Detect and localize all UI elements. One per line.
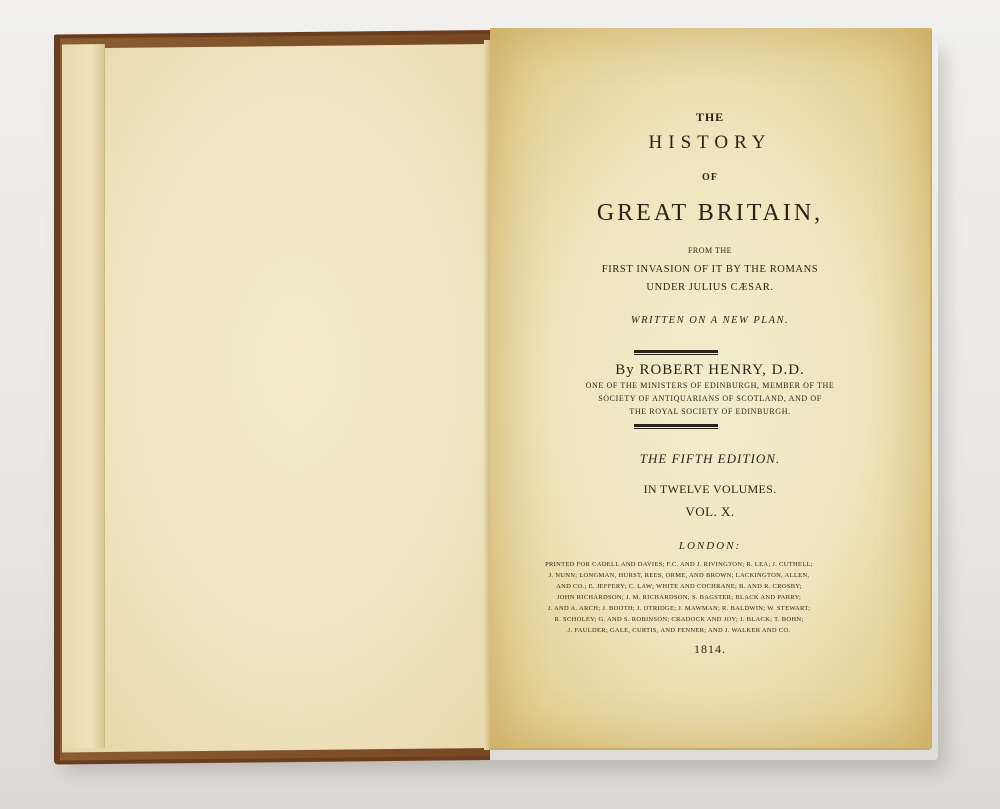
subtitle-line-2: UNDER JULIUS CÆSAR. (490, 282, 930, 293)
printers-line: J. NUNN; LONGMAN, HURST, REES, ORME, AND… (524, 570, 834, 581)
volume-number: VOL. X. (490, 504, 930, 520)
subtitle-line-1: FIRST INVASION OF IT BY THE ROMANS (490, 264, 930, 275)
left-page-fold (62, 44, 105, 748)
written-on-new-plan: WRITTEN ON A NEW PLAN. (490, 315, 930, 326)
double-rule-top (634, 350, 718, 353)
author-description-2: SOCIETY OF ANTIQUARIANS OF SCOTLAND, AND… (490, 394, 930, 403)
title-history: HISTORY (490, 132, 930, 154)
printers-line: R. SCHOLEY; G. AND S. ROBINSON; CRADOCK … (524, 614, 834, 625)
printers-line: PRINTED FOR CADELL AND DAVIES; F.C. AND … (524, 559, 834, 570)
title-page: THE HISTORY OF GREAT BRITAIN, FROM THE F… (490, 28, 930, 748)
author-name: By ROBERT HENRY, D.D. (490, 362, 930, 379)
edition: THE FIFTH EDITION. (490, 451, 930, 467)
printers-line: J. FAULDER; GALE, CURTIS, AND FENNER; AN… (524, 625, 834, 636)
title-of: OF (490, 172, 930, 183)
printers-line: JOHN RICHARDSON; J. M. RICHARDSON; S. BA… (524, 592, 834, 603)
publication-year: 1814. (490, 642, 930, 657)
author-description-3: THE ROYAL SOCIETY OF EDINBURGH. (490, 407, 930, 416)
printers-line: AND CO.; E. JEFFERY; C. LAW; WHITE AND C… (524, 581, 834, 592)
double-rule-bottom (634, 424, 718, 427)
imprint-city: LONDON: (490, 540, 930, 552)
printers-line: J. AND A. ARCH; J. BOOTH; J. OTRIDGE; J.… (524, 603, 834, 614)
title-great-britain: GREAT BRITAIN, (490, 200, 930, 227)
printers-list: PRINTED FOR CADELL AND DAVIES; F.C. AND … (524, 559, 834, 636)
volume-count: IN TWELVE VOLUMES. (490, 482, 930, 497)
author-description-1: ONE OF THE MINISTERS OF EDINBURGH, MEMBE… (490, 381, 930, 390)
left-endpaper (62, 44, 488, 752)
title-the: THE (490, 110, 930, 125)
subtitle-from-the: FROM THE (490, 246, 930, 255)
